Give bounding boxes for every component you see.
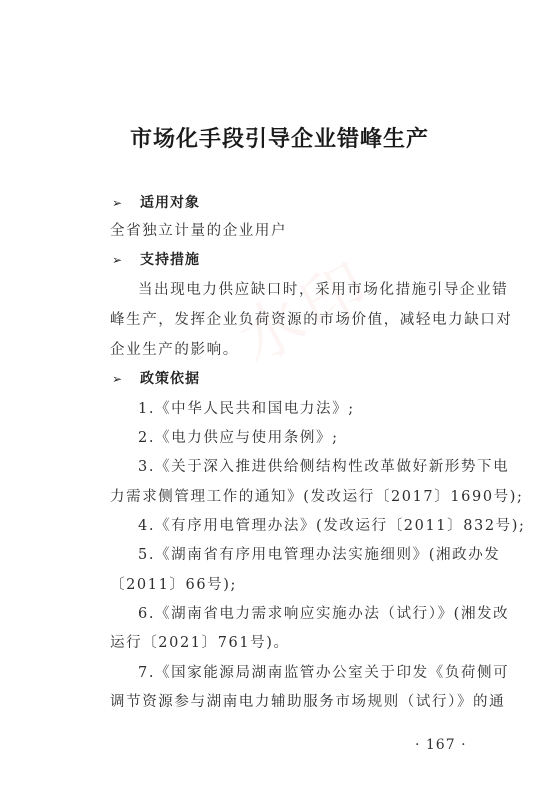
section-heading-measures: ➢支持措施	[112, 250, 200, 270]
policy-item: 4.《有序用电管理办法》(发改运行〔2011〕832号);	[138, 516, 460, 536]
section-heading-label: 支持措施	[140, 252, 200, 268]
body-line: 峰生产，发挥企业负荷资源的市场价值，减轻电力缺口对	[110, 310, 460, 330]
policy-item: 2.《电力供应与使用条例》;	[138, 428, 460, 448]
policy-item-continued: 〔2011〕66号);	[110, 575, 460, 595]
body-line: 当出现电力供应缺口时，采用市场化措施引导企业错	[138, 280, 460, 300]
page-title: 市场化手段引导企业错峰生产	[0, 122, 559, 153]
policy-item: 6.《湖南省电力需求响应实施办法（试行）》(湘发改	[138, 604, 460, 624]
section-heading-label: 政策依据	[140, 371, 200, 387]
arrow-bullet-icon: ➢	[112, 250, 140, 270]
policy-item: 5.《湖南省有序用电管理办法实施细则》(湘政办发	[138, 545, 460, 565]
policy-item-continued: 力需求侧管理工作的通知》(发改运行〔2017〕1690号);	[110, 487, 460, 507]
policy-item-continued: 运行〔2021〕761号)。	[110, 633, 460, 653]
section-heading-label: 适用对象	[140, 195, 200, 211]
arrow-bullet-icon: ➢	[112, 369, 140, 389]
policy-item: 1.《中华人民共和国电力法》;	[138, 399, 460, 419]
document-page: 水印 市场化手段引导企业错峰生产 ➢适用对象 全省独立计量的企业用户 ➢支持措施…	[0, 0, 559, 793]
policy-item-continued: 调节资源参与湖南电力辅助服务市场规则（试行）》的通	[110, 692, 460, 712]
section-heading-basis: ➢政策依据	[112, 369, 200, 389]
section-heading-applicable: ➢适用对象	[112, 193, 200, 213]
body-line: 企业生产的影响。	[110, 340, 460, 360]
arrow-bullet-icon: ➢	[112, 193, 140, 213]
body-line: 全省独立计量的企业用户	[110, 221, 460, 241]
policy-item: 7.《国家能源局湖南监管办公室关于印发《负荷侧可	[138, 663, 460, 683]
policy-item: 3.《关于深入推进供给侧结构性改革做好新形势下电	[138, 457, 460, 477]
page-number: · 167 ·	[415, 737, 467, 753]
